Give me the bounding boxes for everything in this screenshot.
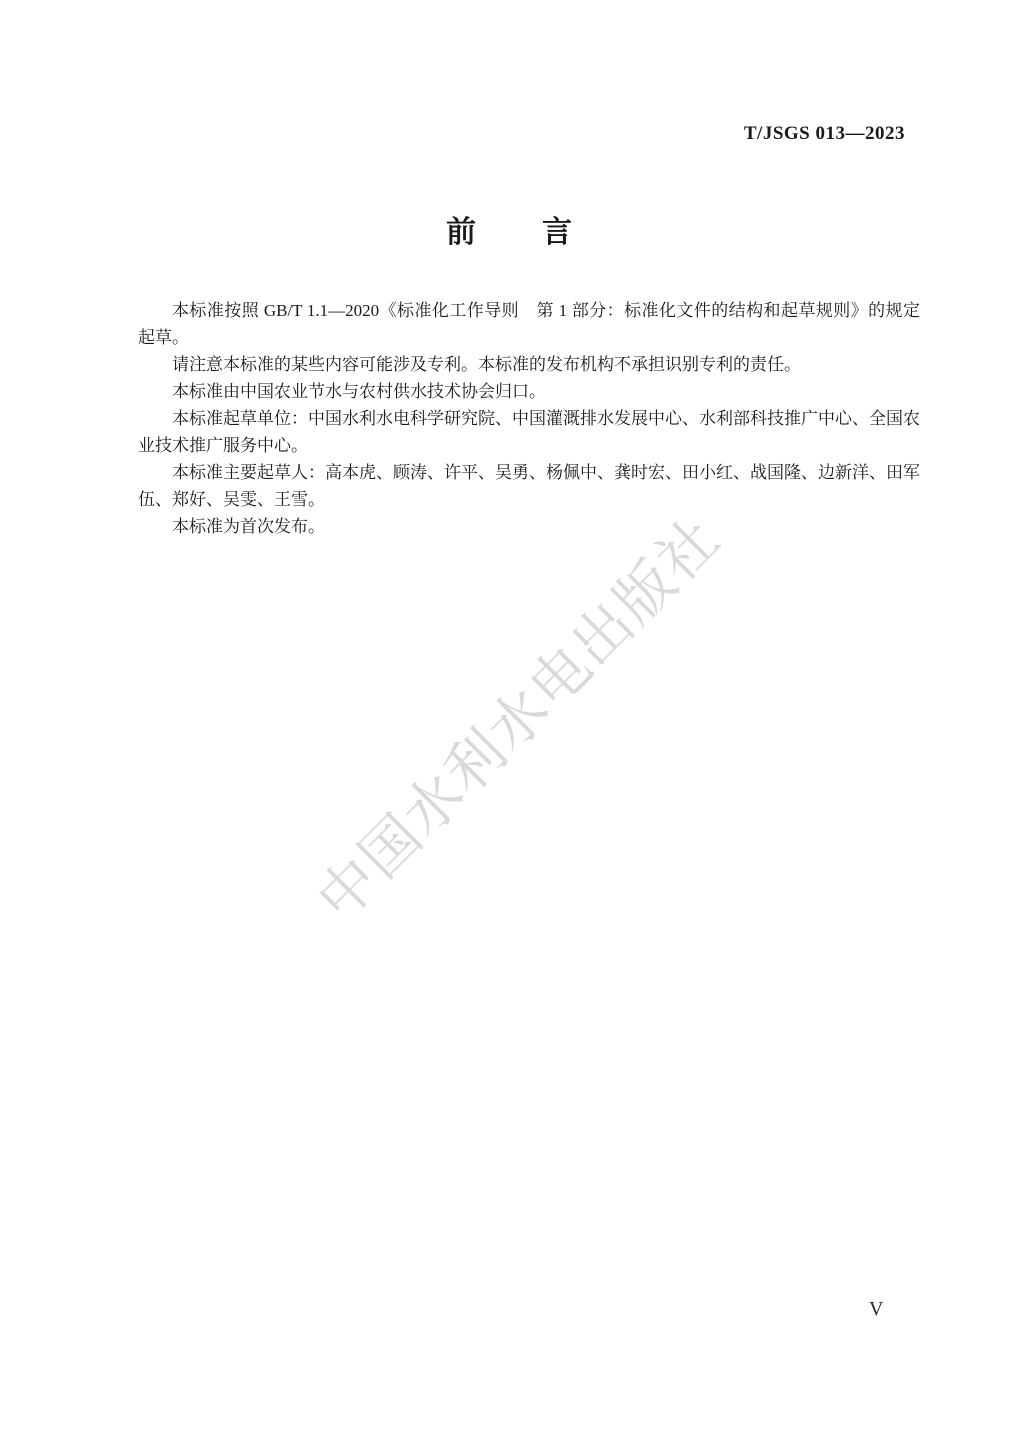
paragraph-first-publication: 本标准为首次发布。 xyxy=(138,513,920,540)
publisher-watermark: 中国水利水电出版社 xyxy=(294,494,735,935)
paragraph-drafting-organizations: 本标准起草单位：中国水利水电科学研究院、中国灌溉排水发展中心、水利部科技推广中心… xyxy=(138,405,920,459)
standard-code-header: T/JSGS 013—2023 xyxy=(744,123,905,145)
page-number: V xyxy=(869,1298,883,1321)
paragraph-patent-notice: 请注意本标准的某些内容可能涉及专利。本标准的发布机构不承担识别专利的责任。 xyxy=(138,351,920,378)
document-page: T/JSGS 013—2023 前 言 本标准按照 GB/T 1.1—2020《… xyxy=(0,0,1020,1431)
foreword-body: 本标准按照 GB/T 1.1—2020《标准化工作导则 第 1 部分：标准化文件… xyxy=(138,297,920,540)
paragraph-main-drafters: 本标准主要起草人：高本虎、顾涛、许平、吴勇、杨佩中、龚时宏、田小红、战国隆、边新… xyxy=(138,459,920,513)
page-title: 前 言 xyxy=(0,207,1020,251)
paragraph-drafting-rules: 本标准按照 GB/T 1.1—2020《标准化工作导则 第 1 部分：标准化文件… xyxy=(138,297,920,351)
paragraph-centralized-by: 本标准由中国农业节水与农村供水技术协会归口。 xyxy=(138,378,920,405)
